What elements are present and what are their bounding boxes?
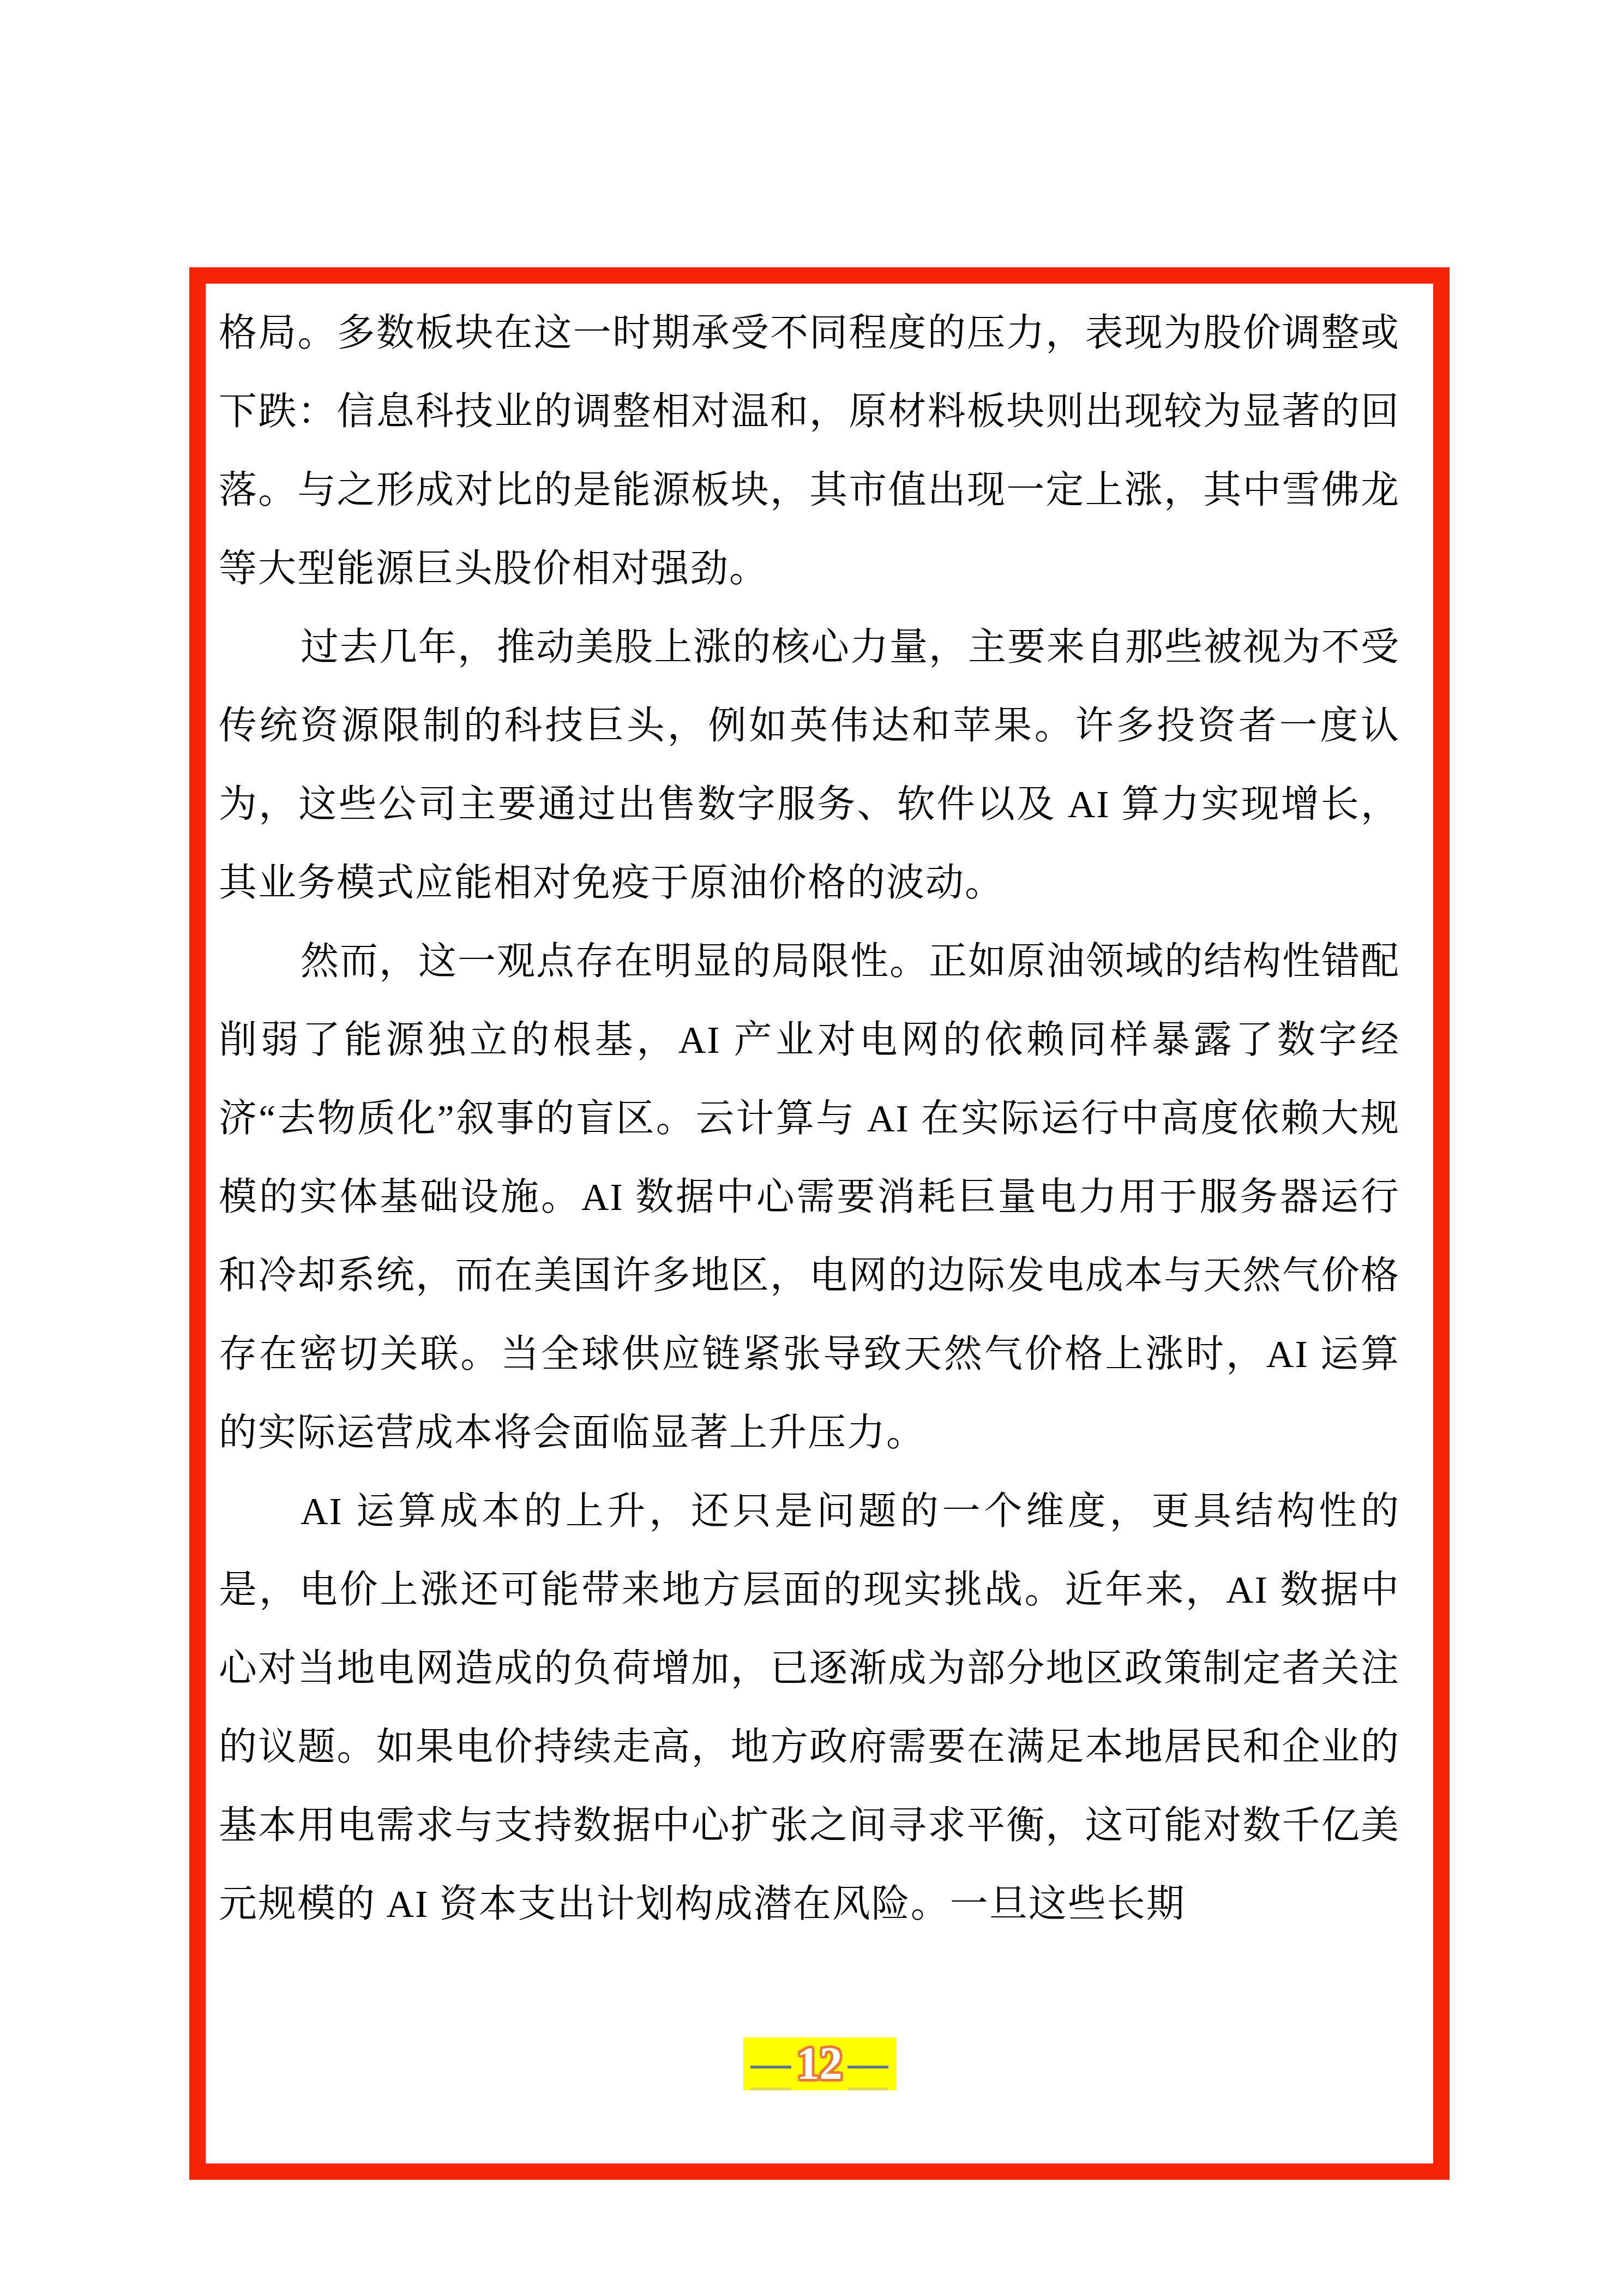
paragraph: 然而，这一观点存在明显的局限性。正如原油领域的结构性错配削弱了能源独立的根基，A…	[219, 923, 1400, 1473]
paragraph: AI 运算成本的上升，还只是问题的一个维度，更具结构性的是，电价上涨还可能带来地…	[219, 1473, 1400, 1944]
page-number: 12	[797, 2037, 843, 2090]
red-border-frame: 格局。多数板块在这一时期承受不同程度的压力，表现为股价调整或下跌：信息科技业的调…	[189, 267, 1450, 2180]
footer-right-dash: —	[848, 2037, 888, 2090]
paragraph: 格局。多数板块在这一时期承受不同程度的压力，表现为股价调整或下跌：信息科技业的调…	[219, 295, 1400, 609]
paragraph: 过去几年，推动美股上涨的核心力量，主要来自那些被视为不受传统资源限制的科技巨头，…	[219, 609, 1400, 923]
document-page: 格局。多数板块在这一时期承受不同程度的压力，表现为股价调整或下跌：信息科技业的调…	[0, 0, 1623, 2296]
document-body: 格局。多数板块在这一时期承受不同程度的压力，表现为股价调整或下跌：信息科技业的调…	[219, 295, 1400, 1944]
footer-left-dash: —	[751, 2037, 791, 2090]
page-number-footer: — 12 —	[743, 2037, 896, 2090]
